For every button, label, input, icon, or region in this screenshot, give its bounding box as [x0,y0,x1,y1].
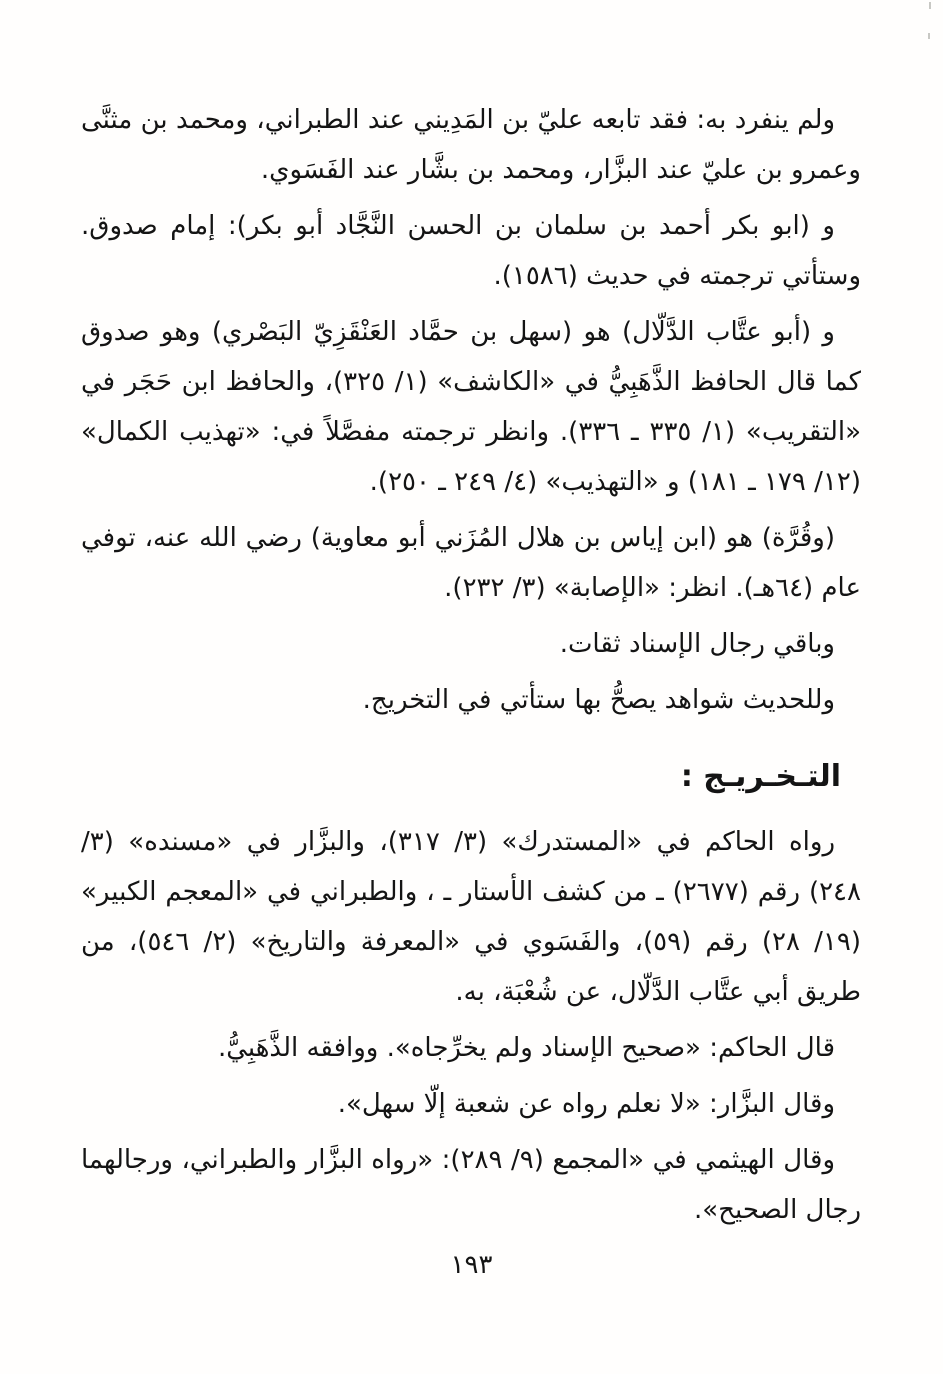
section-heading-takhrij: التـخـريـج : [81,749,861,805]
scan-artifact [928,33,930,39]
paragraph-qurra-muzani: (وقُرَّة) هو (ابن إياس بن هلال المُزَني … [81,513,861,613]
takhrij-paragraph-bazzar-quote: وقال البزَّار: «لا نعلم رواه عن شعبة إلّ… [81,1079,861,1129]
paragraph-baqi-rijal: وباقي رجال الإسناد ثقات. [81,619,861,669]
paragraph-abu-bakr-najjad: و (ابو بكر أحمد بن سلمان بن الحسن النَّج… [81,201,861,301]
paragraph-shawahid: وللحديث شواهد يصحُّ بها ستأتي في التخريج… [81,675,861,725]
takhrij-paragraph-sources: رواه الحاكم في «المستدرك» (٣/ ٣١٧)، والب… [81,817,861,1017]
text-block: ولم ينفرد به: فقد تابعه عليّ بن المَدِين… [81,95,861,1241]
paragraph-abu-attab-dallal: و (أبو عتَّاب الدَّلّال) هو (سهل بن حمَّ… [81,307,861,507]
page-number: ١٩٣ [0,1248,943,1282]
takhrij-paragraph-haythami-quote: وقال الهيثمي في «المجمع (٩/ ٢٨٩): «رواه … [81,1135,861,1235]
scan-artifact [929,2,931,9]
paragraph-mutabaat: ولم ينفرد به: فقد تابعه عليّ بن المَدِين… [81,95,861,195]
book-page: ولم ينفرد به: فقد تابعه عليّ بن المَدِين… [0,0,943,1374]
takhrij-paragraph-hakim-quote: قال الحاكم: «صحيح الإسناد ولم يخرِّجاه».… [81,1023,861,1073]
